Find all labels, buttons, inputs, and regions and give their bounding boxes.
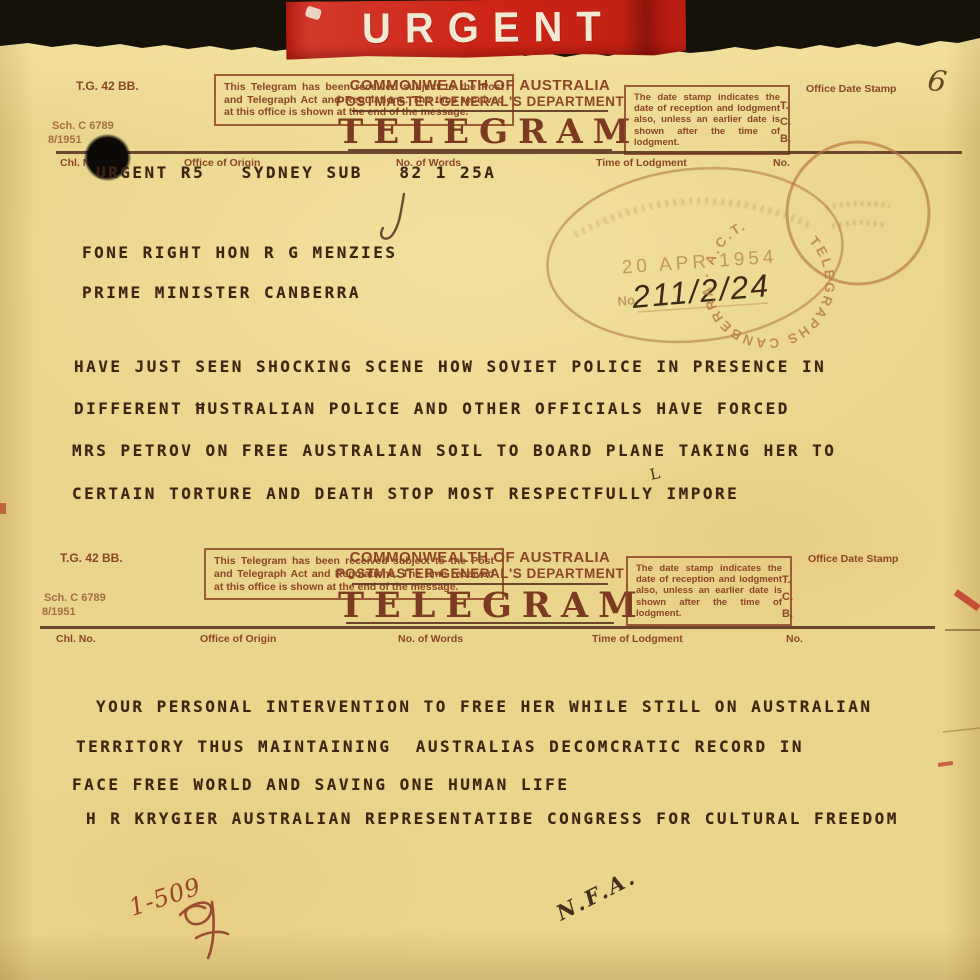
form2-rule-fragment xyxy=(945,629,980,631)
sticker-scratch xyxy=(305,6,323,21)
form2-dept-line2: POSTMASTER-GENERAL'S DEPARTMENT xyxy=(330,566,630,581)
form2-dept-line1: COMMONWEALTH OF AUSTRALIA xyxy=(330,549,630,566)
form2-title-underline xyxy=(346,622,614,624)
telegram-scan: URGENT T.G. 42 BB. Sch. C 6789 8/1951 Th… xyxy=(0,0,980,980)
red-edge-mark-1 xyxy=(954,589,980,611)
form2-tcb-b: B. xyxy=(782,608,793,621)
paper-crease xyxy=(943,728,980,732)
form2-tcb-c: C. xyxy=(782,591,793,604)
form2-col-words: No. of Words xyxy=(398,633,463,645)
initials-flourish xyxy=(180,902,228,958)
body2-line-1: YOUR PERSONAL INTERVENTION TO FREE HER W… xyxy=(96,697,873,716)
form2-tg-code: T.G. 42 BB. xyxy=(60,552,123,566)
form2-rule xyxy=(40,626,935,629)
form2-col-lodgment: Time of Lodgment xyxy=(592,633,683,645)
stamps-overlay: 20 APR 1954 No. 211/2/24 TELEGRAPHS CANB… xyxy=(0,0,980,980)
body2-line-2: TERRITORY THUS MAINTAINING AUSTRALIAS DE… xyxy=(76,737,804,756)
form2-tcb-t: T. xyxy=(782,574,791,587)
red-edge-mark-2 xyxy=(938,761,953,767)
form2-title: TELEGRAM xyxy=(330,585,638,626)
body2-line-3: FACE FREE WORLD AND SAVING ONE HUMAN LIF… xyxy=(72,775,569,794)
form2-col-origin: Office of Origin xyxy=(200,633,276,645)
round-telegraph-stamp: TELEGRAPHS CANBERRA · A.C.T. xyxy=(699,142,929,351)
pen-checkmark xyxy=(381,194,404,239)
body2-line-4: H R KRYGIER AUSTRALIAN REPRESENTATIBE CO… xyxy=(86,809,899,828)
form2-col-chl: Chl. No. xyxy=(56,633,96,645)
urgent-sticker: URGENT xyxy=(286,0,686,60)
urgent-banner-label: URGENT xyxy=(362,4,615,54)
oval-stamp-faint-arc-text xyxy=(575,201,812,235)
round-stamp-faint-date xyxy=(826,203,890,226)
form2-col-no: No. xyxy=(786,633,803,645)
form2-sch-year: 8/1951 xyxy=(42,606,76,619)
form2-office-date-stamp-label: Office Date Stamp xyxy=(808,553,898,565)
form2-sch-code: Sch. C 6789 xyxy=(44,592,106,605)
red-edge-speck xyxy=(0,503,6,514)
form2-date-stamp-notice: The date stamp indicates the date of rec… xyxy=(626,556,792,626)
